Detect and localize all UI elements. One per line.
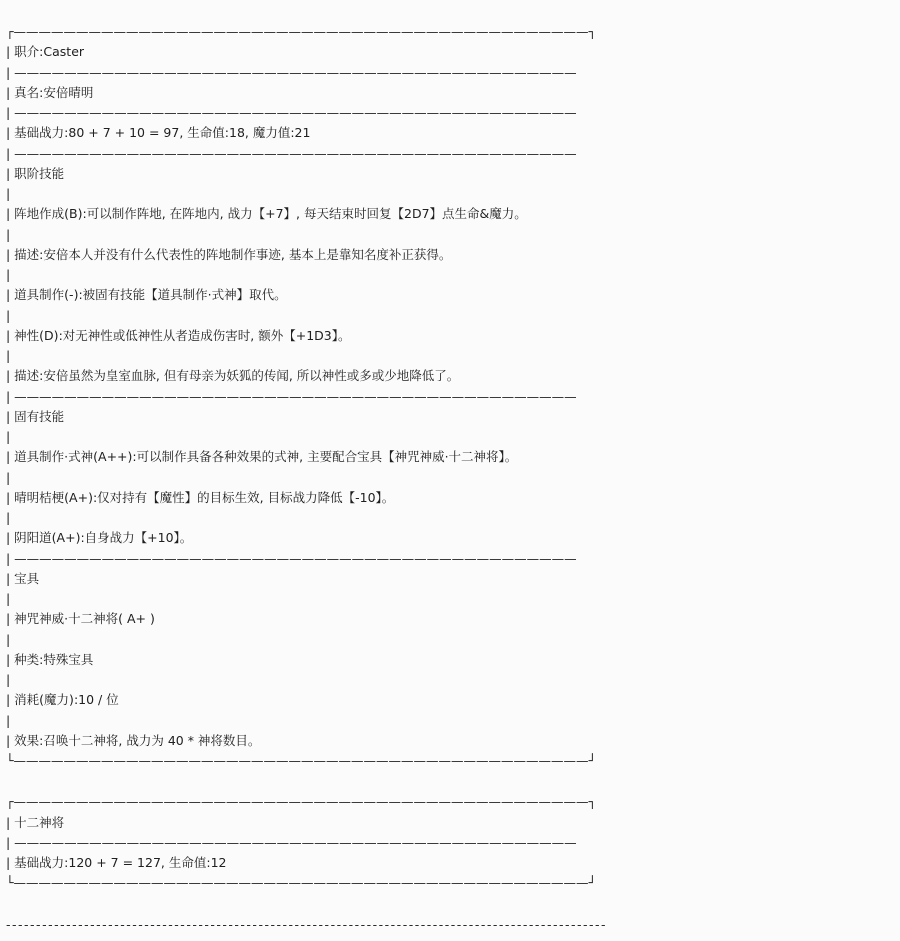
text-line: |	[6, 508, 900, 528]
text-line: | 基础战力:120 + 7 = 127, 生命值:12	[6, 853, 900, 873]
text-line: | 描述:安倍虽然为皇室血脉, 但有母亲为妖狐的传闻, 所以神性或多或少地降低了…	[6, 366, 900, 386]
text-line: | 固有技能	[6, 407, 900, 427]
text-line: | 道具制作·式神(A++):可以制作具备各种效果的式神, 主要配合宝具【神咒神…	[6, 447, 900, 467]
card-top-border: ┌———————————————————————————————————————…	[6, 792, 900, 812]
text-line: |	[6, 630, 900, 650]
text-line: | ——————————————————————————————————————…	[6, 549, 900, 569]
text-line: | 神咒神威·十二神将( A+ )	[6, 609, 900, 629]
text-line: |	[6, 184, 900, 204]
text-line: | 道具制作(-):被固有技能【道具制作·式神】取代。	[6, 285, 900, 305]
text-line: |	[6, 468, 900, 488]
text-line: | 宝具	[6, 569, 900, 589]
card-top-border: ┌———————————————————————————————————————…	[6, 22, 900, 42]
text-line: |	[6, 427, 900, 447]
text-line: | 基础战力:80 + 7 + 10 = 97, 生命值:18, 魔力值:21	[6, 123, 900, 143]
text-line: |	[6, 711, 900, 731]
text-line: | 神性(D):对无神性或低神性从者造成伤害时, 额外【+1D3】。	[6, 326, 900, 346]
text-line: | 晴明桔梗(A+):仅对持有【魔性】的目标生效, 目标战力降低【-10】。	[6, 488, 900, 508]
caster-card-body: | 职介:Caster| ———————————————————————————…	[6, 42, 900, 751]
text-line: | ——————————————————————————————————————…	[6, 387, 900, 407]
text-line: |	[6, 346, 900, 366]
text-line: |	[6, 306, 900, 326]
text-line: | ——————————————————————————————————————…	[6, 833, 900, 853]
text-line: | 效果:召唤十二神将, 战力为 40 * 神将数目。	[6, 731, 900, 751]
text-line: | 职介:Caster	[6, 42, 900, 62]
text-line: |	[6, 589, 900, 609]
footer-divider-rule: ----------------------------------------…	[6, 915, 900, 935]
twelve-generals-stat-card: ┌———————————————————————————————————————…	[6, 792, 900, 893]
text-line: | 描述:安倍本人并没有什么代表性的阵地制作事迹, 基本上是靠知名度补正获得。	[6, 245, 900, 265]
text-line: | ——————————————————————————————————————…	[6, 144, 900, 164]
text-line: | 种类:特殊宝具	[6, 650, 900, 670]
text-line: | 阵地作成(B):可以制作阵地, 在阵地内, 战力【+7】, 每天结束时回复【…	[6, 204, 900, 224]
text-line: | 阴阳道(A+):自身战力【+10】。	[6, 528, 900, 548]
text-line: | 消耗(魔力):10 / 位	[6, 690, 900, 710]
text-line: | ——————————————————————————————————————…	[6, 103, 900, 123]
card-bottom-border: └———————————————————————————————————————…	[6, 873, 900, 893]
text-line: | 十二神将	[6, 813, 900, 833]
card-bottom-border: └———————————————————————————————————————…	[6, 751, 900, 771]
text-line: |	[6, 670, 900, 690]
text-line: |	[6, 225, 900, 245]
text-line: | 职阶技能	[6, 164, 900, 184]
text-line: |	[6, 265, 900, 285]
servant-sheet-document: ┌———————————————————————————————————————…	[0, 0, 900, 935]
twelve-generals-card-body: | 十二神将| ————————————————————————————————…	[6, 813, 900, 874]
text-line: | ——————————————————————————————————————…	[6, 63, 900, 83]
caster-stat-card: ┌———————————————————————————————————————…	[6, 22, 900, 771]
text-line: | 真名:安倍晴明	[6, 83, 900, 103]
